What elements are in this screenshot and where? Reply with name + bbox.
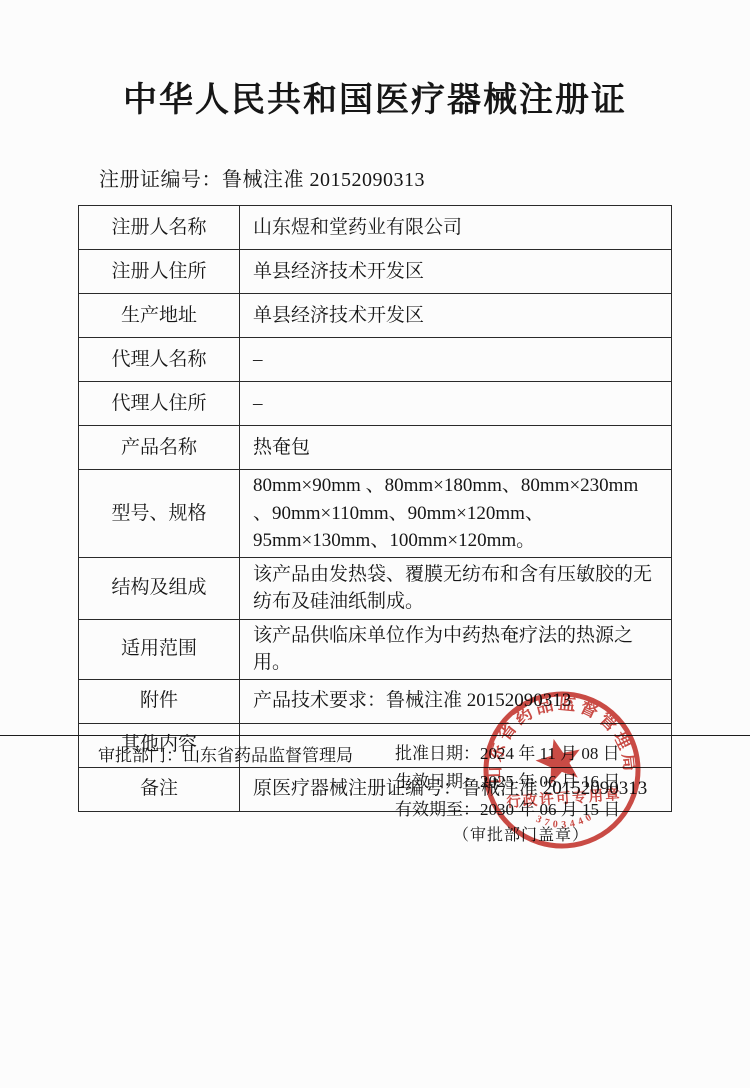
seal-note: （审批部门盖章） (453, 822, 589, 845)
row-value: 热奄包 (240, 426, 672, 470)
row-value: 该产品供临床单位作为中药热奄疗法的热源之用。 (240, 619, 672, 679)
certificate-page: 中华人民共和国医疗器械注册证 注册证编号：鲁械注准 20152090313 注册… (0, 0, 750, 1088)
row-value: 产品技术要求：鲁械注准 20152090313 (240, 679, 672, 723)
table-row: 附件 产品技术要求：鲁械注准 20152090313 (79, 679, 672, 723)
cert-number-line: 注册证编号：鲁械注准 20152090313 (99, 163, 425, 192)
row-value: 单县经济技术开发区 (240, 250, 672, 294)
row-label: 适用范围 (79, 619, 240, 679)
row-label: 注册人住所 (79, 250, 240, 294)
approval-department-line: 审批部门：山东省药品监督管理局 (98, 741, 353, 766)
approval-department-value: 山东省药品监督管理局 (183, 746, 353, 765)
row-label: 备注 (79, 767, 240, 811)
table-row: 适用范围 该产品供临床单位作为中药热奄疗法的热源之用。 (79, 619, 672, 679)
table-row: 注册人名称 山东煜和堂药业有限公司 (79, 206, 672, 250)
cert-number-value: 鲁械注准 20152090313 (222, 169, 425, 191)
row-label: 产品名称 (79, 426, 240, 470)
table-row: 代理人住所 – (79, 382, 672, 426)
approve-date-line: 批准日期：2024 年 11 月 08 日 (395, 740, 620, 768)
row-value: 山东煜和堂药业有限公司 (240, 206, 672, 250)
approve-date-label: 批准日期： (395, 744, 480, 763)
expiry-date-line: 有效期至：2030 年 06 月 15 日 (395, 796, 620, 824)
row-label: 代理人名称 (79, 338, 240, 382)
effective-date-value: 2025 年 06 月 16 日 (480, 772, 620, 791)
row-value: – (240, 382, 672, 426)
table-row: 产品名称 热奄包 (79, 426, 672, 470)
effective-date-label: 生效日期： (395, 772, 480, 791)
row-label: 代理人住所 (79, 382, 240, 426)
table-row: 注册人住所 单县经济技术开发区 (79, 250, 672, 294)
row-value: 单县经济技术开发区 (240, 294, 672, 338)
row-label: 型号、规格 (79, 470, 240, 558)
row-value: – (240, 338, 672, 382)
page-title: 中华人民共和国医疗器械注册证 (0, 72, 750, 121)
row-value: 80mm×90mm 、80mm×180mm、80mm×230mm 、90mm×1… (240, 470, 672, 558)
approve-date-value: 2024 年 11 月 08 日 (480, 744, 620, 763)
row-label: 生产地址 (79, 294, 240, 338)
row-value: 该产品由发热袋、覆膜无纺布和含有压敏胶的无纺布及硅油纸制成。 (240, 557, 672, 619)
footer-dates: 批准日期：2024 年 11 月 08 日 生效日期：2025 年 06 月 1… (395, 740, 620, 824)
table-row: 结构及组成 该产品由发热袋、覆膜无纺布和含有压敏胶的无纺布及硅油纸制成。 (79, 557, 672, 619)
table-row: 型号、规格 80mm×90mm 、80mm×180mm、80mm×230mm 、… (79, 470, 672, 558)
table-row: 代理人名称 – (79, 338, 672, 382)
cert-number-label: 注册证编号： (99, 169, 222, 191)
expiry-date-label: 有效期至： (395, 800, 480, 819)
expiry-date-value: 2030 年 06 月 15 日 (480, 800, 620, 819)
row-label: 注册人名称 (79, 206, 240, 250)
row-label: 结构及组成 (79, 557, 240, 619)
certificate-table: 注册人名称 山东煜和堂药业有限公司 注册人住所 单县经济技术开发区 生产地址 单… (78, 205, 672, 812)
effective-date-line: 生效日期：2025 年 06 月 16 日 (395, 768, 620, 796)
row-label: 附件 (79, 679, 240, 723)
footer-divider (0, 735, 750, 736)
approval-department-label: 审批部门： (98, 746, 183, 765)
table-row: 生产地址 单县经济技术开发区 (79, 294, 672, 338)
